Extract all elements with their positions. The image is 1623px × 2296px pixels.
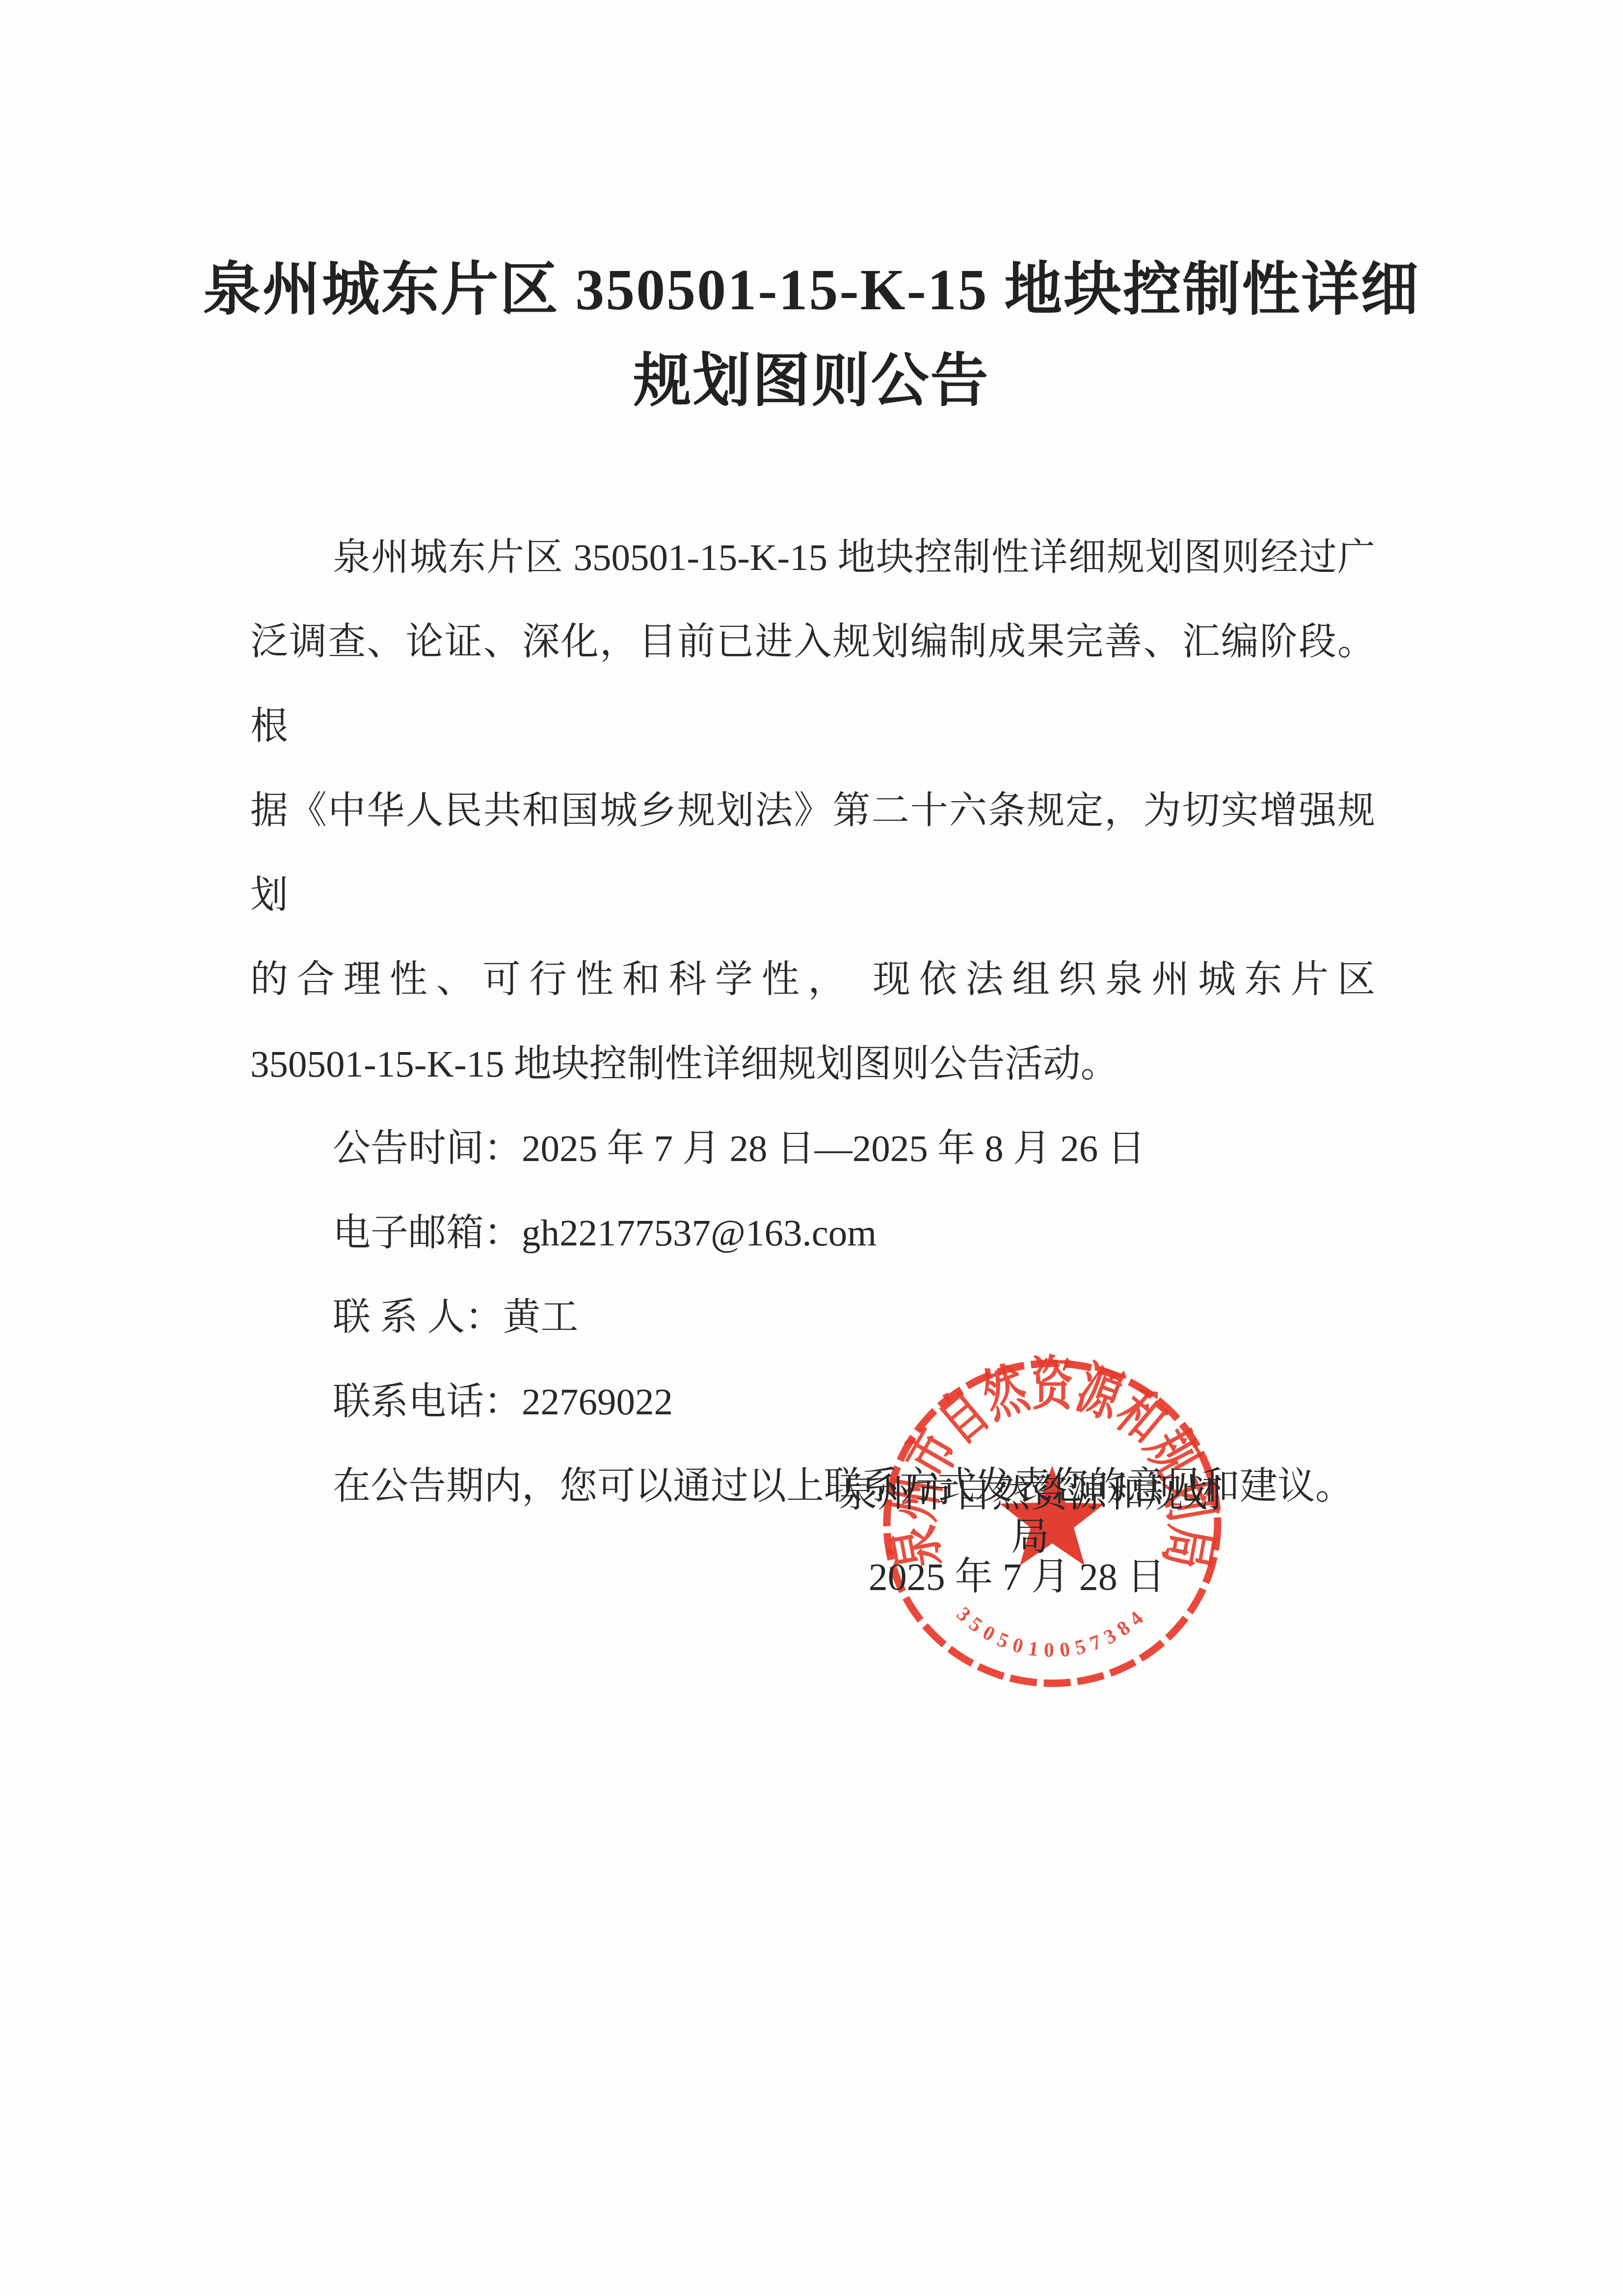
- signature-date: 2025 年 7 月 28 日: [808, 1555, 1225, 1598]
- contact-person-line: 联 系 人：黄工: [250, 1275, 1375, 1359]
- paragraph-line: 的合理性、可行性和科学性， 现依法组织泉州城东片区: [250, 937, 1375, 1022]
- seal-code: 3505010057384: [952, 1603, 1152, 1662]
- title-line-1: 泉州城东片区 350501-15-K-15 地块控制性详细: [0, 244, 1623, 336]
- paragraph-line: 350501-15-K-15 地块控制性详细规划图则公告活动。: [250, 1022, 1375, 1106]
- paragraph-line: 据《中华人民共和国城乡规划法》第二十六条规定，为切实增强规划: [250, 768, 1375, 937]
- phone-line: 联系电话：22769022: [250, 1359, 1375, 1444]
- announcement-period-line: 公告时间：2025 年 7 月 28 日—2025 年 8 月 26 日: [250, 1106, 1375, 1190]
- svg-text:3505010057384: 3505010057384: [952, 1603, 1152, 1662]
- body-paragraph: 泉州城东片区 350501-15-K-15 地块控制性详细规划图则经过广 泛调查…: [250, 515, 1375, 1528]
- email-line: 电子邮箱：gh22177537@163.com: [250, 1190, 1375, 1275]
- document-page: 泉州城东片区 350501-15-K-15 地块控制性详细 规划图则公告 泉州城…: [0, 0, 1623, 2296]
- document-title: 泉州城东片区 350501-15-K-15 地块控制性详细 规划图则公告: [0, 244, 1623, 427]
- signature-authority: 泉州市自然资源和规划局: [820, 1472, 1240, 1559]
- paragraph-line: 泛调查、论证、深化，目前已进入规划编制成果完善、汇编阶段。根: [250, 599, 1375, 768]
- paragraph-line: 泉州城东片区 350501-15-K-15 地块控制性详细规划图则经过广: [250, 515, 1375, 599]
- title-line-2: 规划图则公告: [0, 336, 1623, 427]
